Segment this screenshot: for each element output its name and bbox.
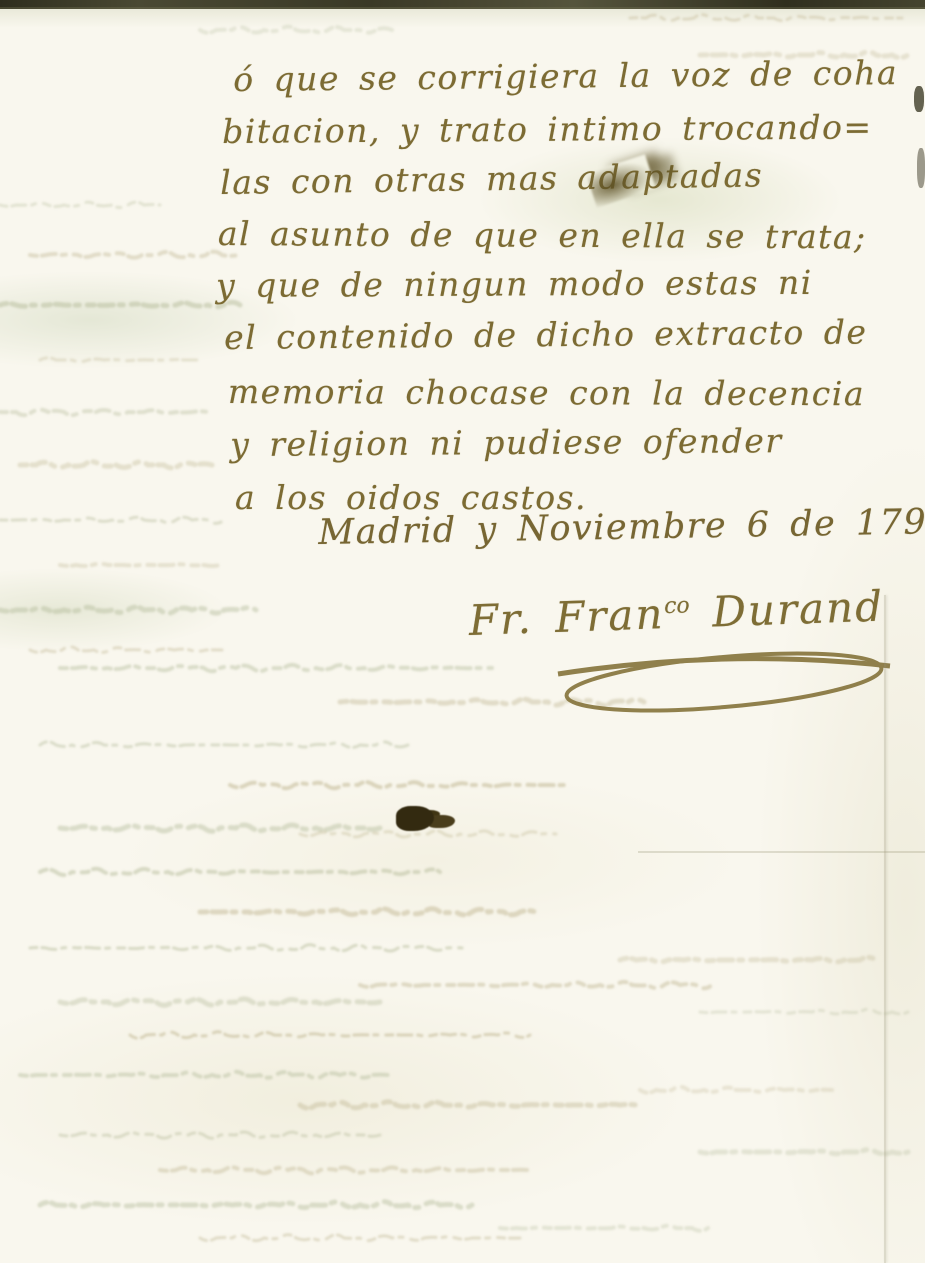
- manuscript-line: bitacion, y trato intimo trocando=: [222, 107, 873, 151]
- manuscript-line: ó que se corrigiera la voz de coha: [233, 53, 898, 99]
- manuscript-line: memoria chocase con la decencia: [228, 372, 865, 413]
- signature-superscript: co: [664, 593, 690, 619]
- fold-crease-vertical: [884, 595, 886, 1263]
- manuscript-line: las con otras mas adaptadas: [220, 155, 763, 202]
- signature-flourish: [552, 632, 897, 727]
- manuscript-line: el contenido de dicho extracto de: [224, 312, 868, 357]
- manuscript-line: y religion ni pudiese ofender: [230, 421, 783, 464]
- fold-crease-horizontal: [638, 851, 925, 853]
- manuscript-line: al asunto de que en ella se trata;: [218, 214, 867, 256]
- manuscript-page: ó que se corrigiera la voz de coha bitac…: [0, 0, 925, 1263]
- manuscript-line: y que de ningun modo estas ni: [216, 263, 813, 305]
- signature-rest: Durand: [689, 582, 885, 638]
